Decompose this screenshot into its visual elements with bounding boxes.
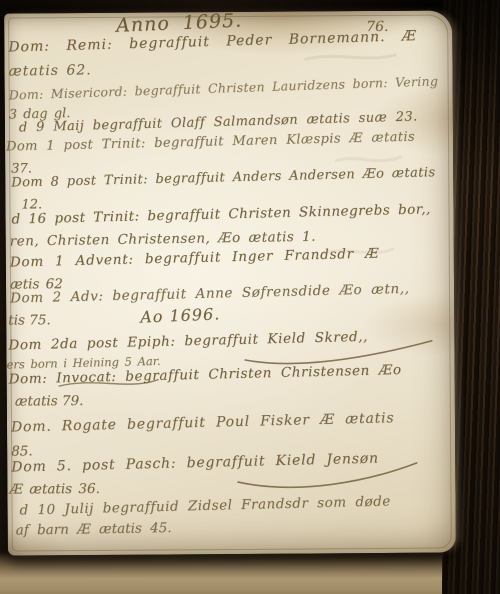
- manuscript-lines: Dom: Remi: begraffuit Peder Bornemann. Æ…: [4, 10, 456, 555]
- manuscript-line: d 16 post Trinit: begraffuit Christen Sk…: [11, 202, 431, 227]
- manuscript-line: Dom 2 Adv: begraffuit Anne Søfrensdide Æ…: [10, 282, 410, 307]
- manuscript-line: Dom 1 Advent: begraffuit Inger Frandsdr …: [10, 247, 380, 271]
- manuscript-line: Dom 8 post Trinit: begraffuit Anders And…: [11, 166, 436, 191]
- manuscript-line: tis 75.: [8, 313, 51, 328]
- photo-of-register-book: Anno 1695. 76. Ao 1696. Dom: Remi: begra…: [0, 0, 500, 594]
- manuscript-page: Anno 1695. 76. Ao 1696. Dom: Remi: begra…: [4, 10, 456, 555]
- manuscript-line: ætatis 62.: [8, 63, 91, 80]
- manuscript-line: Dom. Rogate begraffuit Poul Fisker Æ æta…: [11, 411, 395, 436]
- manuscript-line: af barn Æ ætatis 45.: [16, 521, 172, 538]
- manuscript-line: Dom 2da post Epiph: begraffuit Kield Skr…: [8, 330, 368, 354]
- manuscript-line: Dom 5. post Pasch: begraffuit Kield Jens…: [11, 452, 379, 476]
- manuscript-line: 85.: [11, 444, 33, 459]
- manuscript-line: ætatis 79.: [15, 394, 84, 409]
- manuscript-line: ren, Christen Christensen, Æo ætatis 1.: [10, 230, 317, 250]
- manuscript-line: d 10 Julij begraffuid Zidsel Frandsdr so…: [19, 494, 391, 518]
- manuscript-line: Æ ætatis 36.: [9, 482, 100, 497]
- manuscript-line: Dom: Remi: begraffuit Peder Bornemann. Æ: [8, 29, 417, 56]
